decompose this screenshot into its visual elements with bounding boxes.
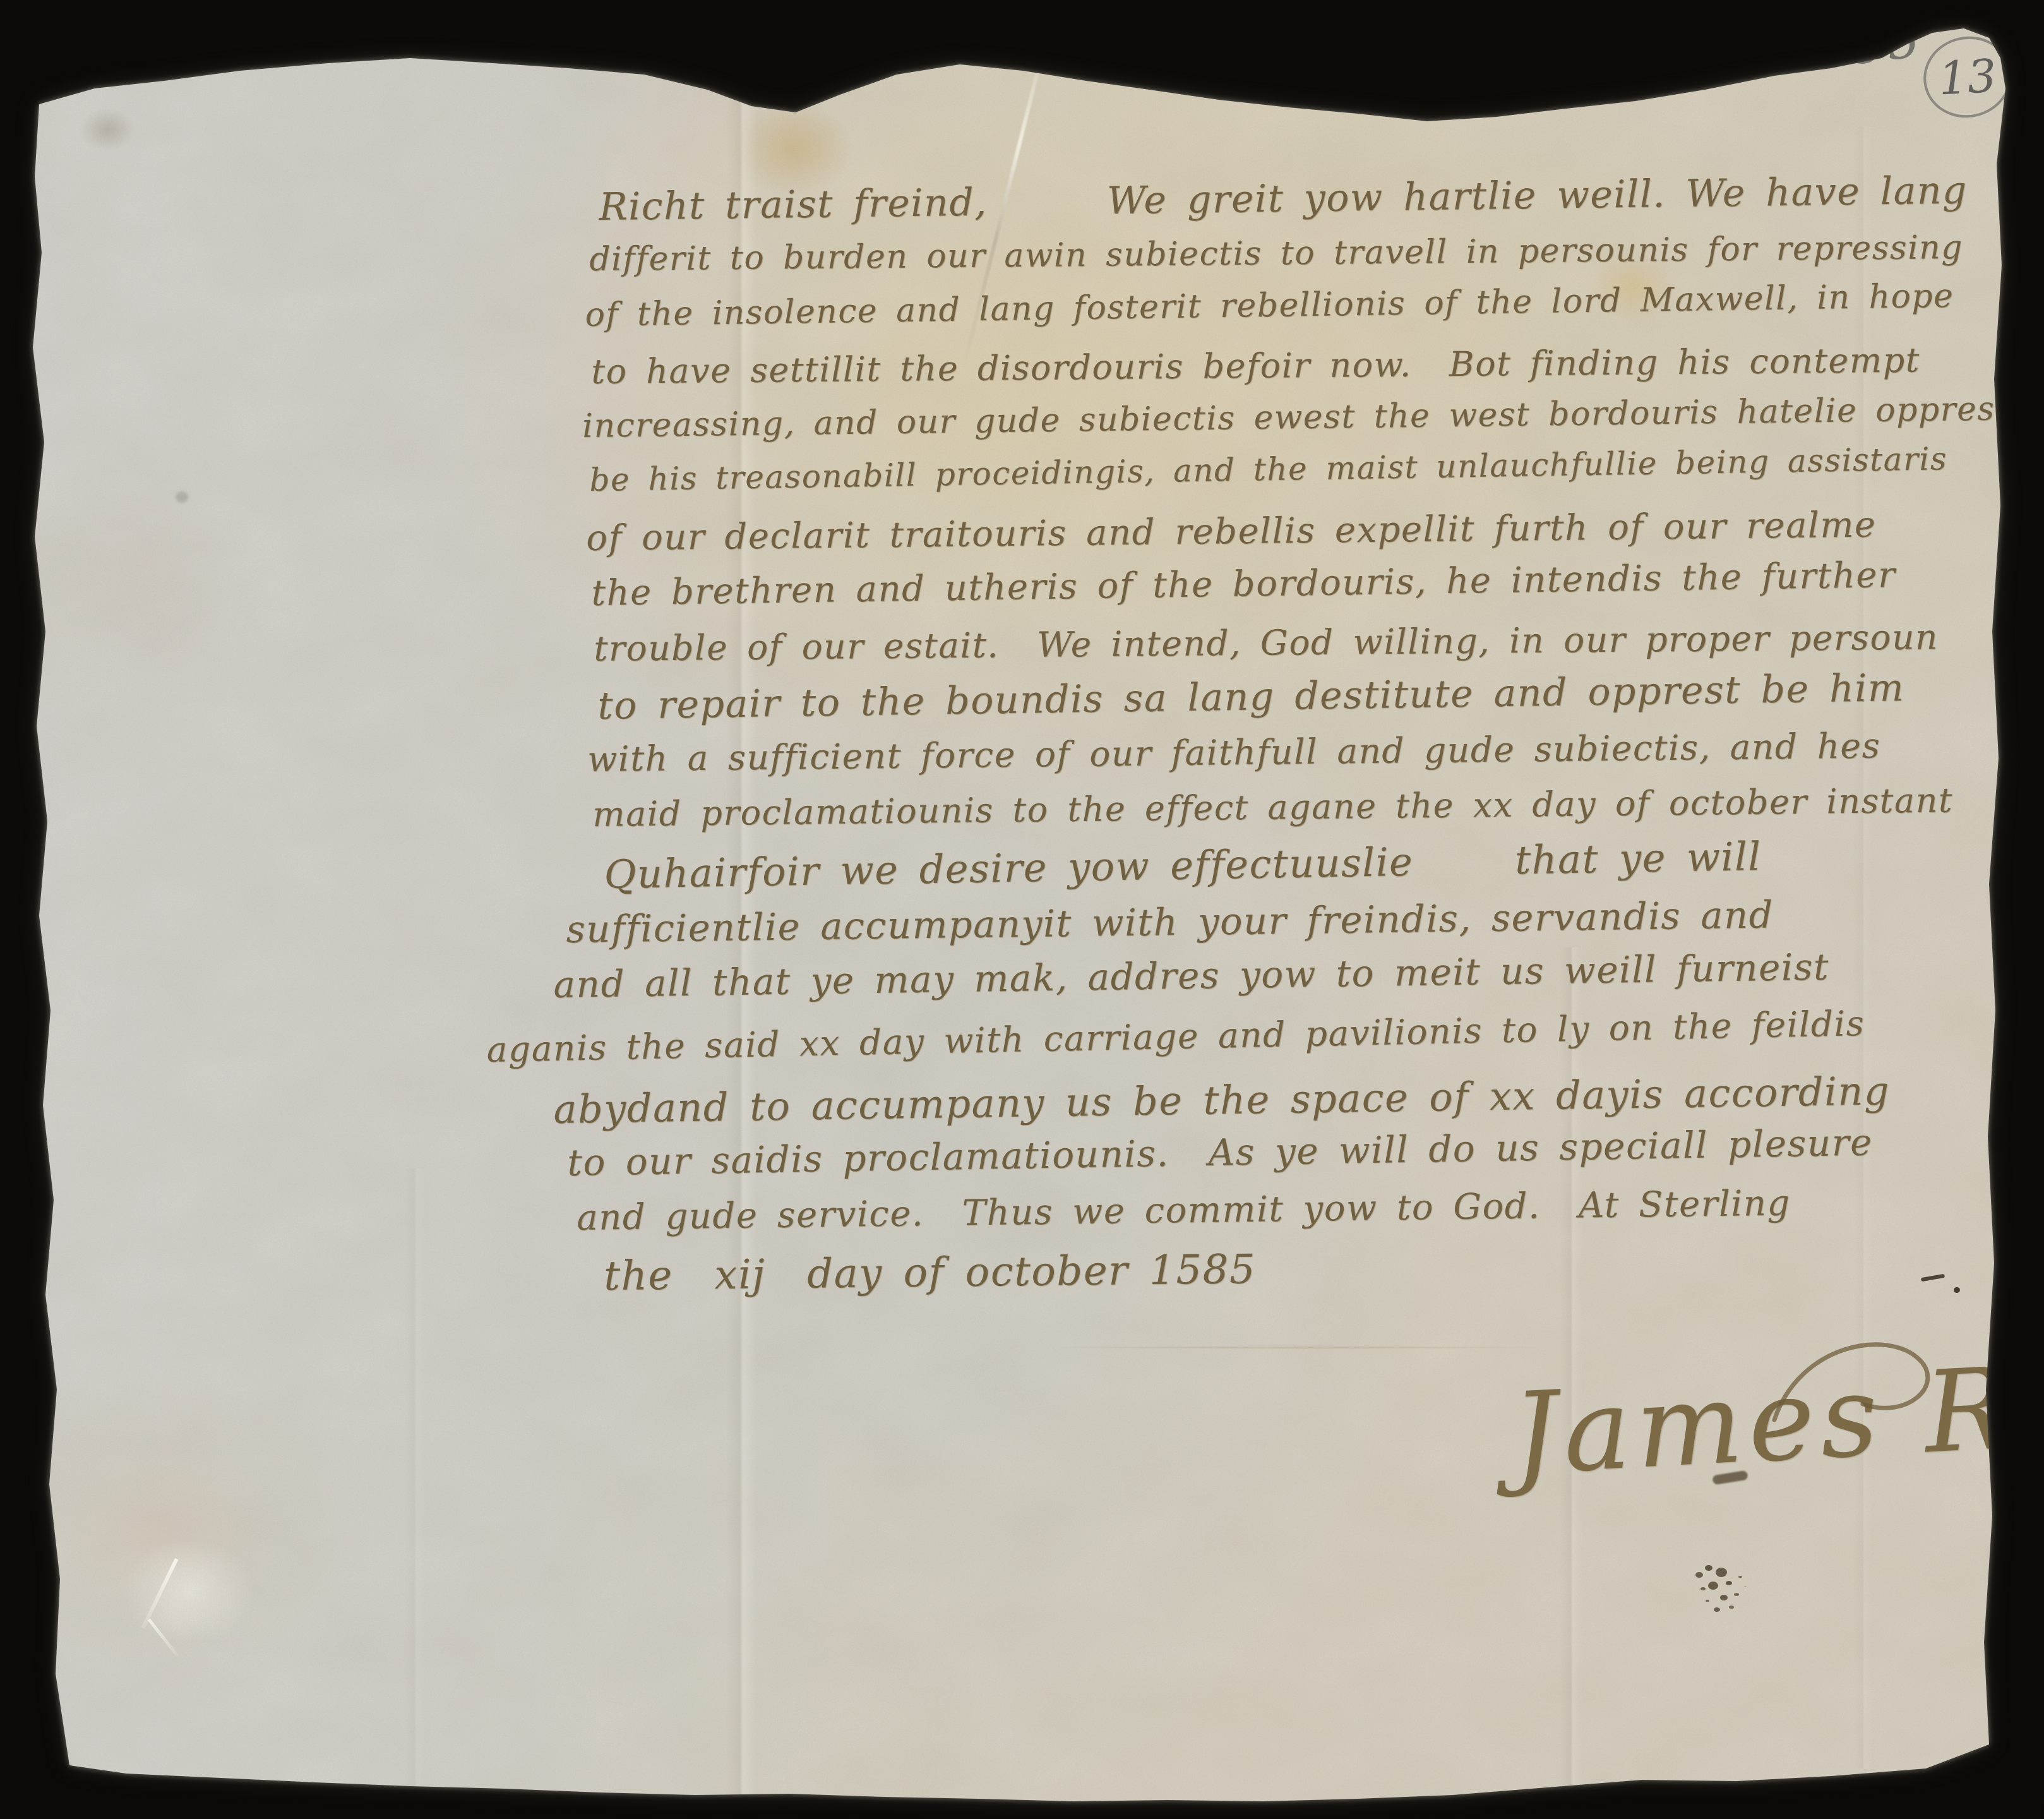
letter-line: of the insolence and lang fosterit rebel…: [585, 277, 1954, 334]
letter-line: aganis the said xx day with carriage and…: [486, 1003, 1865, 1070]
ink-speck-dash: [1921, 1274, 1945, 1282]
letter-line: maid proclamatiounis to the effect agane…: [592, 780, 1953, 834]
paper-wrapper: 12 Octb 1585 13 Richt traist freind, We …: [0, 0, 2044, 1819]
manuscript-paper: 12 Octb 1585 13 Richt traist freind, We …: [0, 0, 2044, 1819]
tear-mark: [148, 1618, 179, 1657]
letter-line: to have settillit the disordouris befoir…: [591, 340, 1920, 392]
letter-line: of our declarit traitouris and rebellis …: [586, 505, 1877, 559]
ink-blot: [1705, 1565, 1712, 1571]
letter-line: the brethren and utheris of the bordouri…: [591, 555, 1896, 614]
pencil-date-annotation: 12 Octb 1585: [1514, 8, 1927, 117]
signature-flourish: [1762, 1325, 1970, 1451]
letter-line: to repair to the boundis sa lang destitu…: [597, 666, 1905, 728]
horizontal-crease: [1048, 1347, 1547, 1348]
letter-line: Quhairfoir we desire yow effectuuslie th…: [604, 833, 1762, 897]
letter-line: differit to burden our awin subiectis to…: [589, 229, 1963, 279]
folio-circle: 13: [1916, 28, 2019, 126]
letter-line: and all that ye may mak, addres yow to m…: [553, 946, 1829, 1006]
vertical-fold-crease: [404, 1168, 426, 1819]
letter-line: and gude service. Thus we commit yow to …: [577, 1183, 1791, 1239]
ink-speck-dot: [1954, 1287, 1960, 1293]
letter-line: abydand to accumpany us be the space of …: [553, 1067, 1890, 1132]
pencil-smudge-dot: [176, 491, 188, 503]
folio-number: 13: [1937, 49, 1998, 105]
letter-line: be his treasonabill proceidingis, and th…: [589, 440, 1947, 498]
letter-line: trouble of our estait. We intend, God wi…: [594, 616, 1939, 669]
letter-line: sufficientlie accumpanyit with your frei…: [566, 893, 1774, 951]
letter-line: Richt traist freind, We greit yow hartli…: [599, 169, 1968, 229]
letter-line: increassing, and our gude subiectis ewes…: [582, 390, 2009, 445]
tear-mark: [141, 1558, 179, 1629]
letter-line: to our saidis proclamatiounis. As ye wil…: [567, 1121, 1873, 1184]
letter-line: with a sufficient force of our faithfull…: [587, 726, 1881, 779]
letter-line: the xij day of october 1585: [604, 1246, 1256, 1300]
